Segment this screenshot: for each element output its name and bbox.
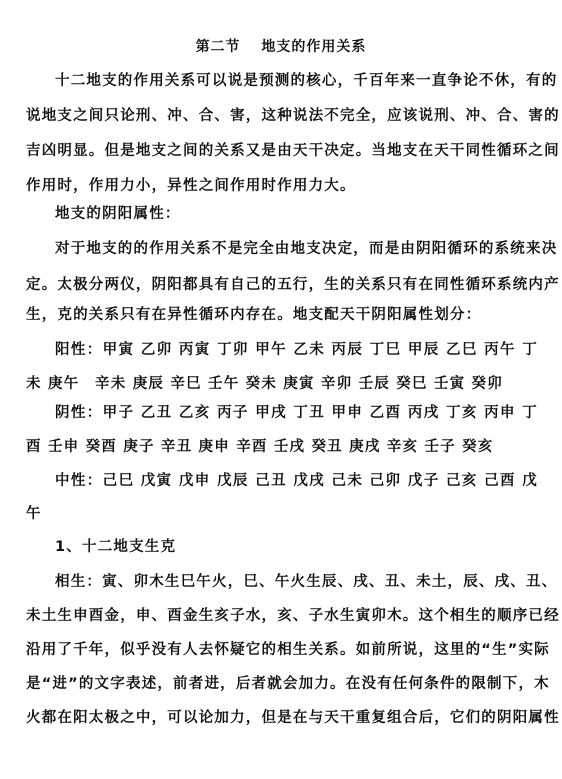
paragraph-line: 对于地支的的作用关系不是完全由地支决定，而是由阴阳循环的系统来决 (55, 240, 538, 258)
yin-list-line: 酉 壬申 癸酉 庚子 辛丑 庚申 辛酉 壬戌 癸丑 庚戌 辛亥 壬子 癸亥 (26, 438, 538, 456)
paragraph-line: 定。太极分两仪，阴阳都具有自己的五行，生的关系只有在同性循环系统内产 (26, 276, 538, 294)
paragraph-line: 说地支之间只论刑、冲、合、害，这种说法不完全，应该说刑、冲、合、害的 (26, 107, 538, 125)
paragraph-line: 作用时，作用力小，异性之间作用时作用力大。 (26, 177, 538, 195)
paragraph-line: 火都在阳太极之中，可以论加力，但是在与天干重复组合后，它们的阴阳属性 (26, 709, 538, 727)
paragraph-line: 生，克的关系只有在异性循环内存在。地支配天干阴阳属性划分： (26, 306, 538, 324)
neutral-list-line: 中性：己巳 戊寅 戊申 戊辰 己丑 戊戌 己未 己卯 戊子 己亥 己酉 戊 (55, 472, 538, 490)
subheading: 地支的阴阳属性： (55, 205, 538, 223)
yang-list-line: 未 庚午 辛未 庚辰 辛巳 壬午 癸未 庚寅 辛卯 壬辰 癸巳 壬寅 癸卯 (26, 375, 538, 393)
neutral-list-line: 午 (26, 505, 538, 523)
yin-list-line: 阴性：甲子 乙丑 乙亥 丙子 甲戌 丁丑 甲申 乙酉 丙戌 丁亥 丙申 丁 (55, 404, 538, 422)
section-title: 第二节 地支的作用关系 (0, 36, 562, 56)
paragraph-line: 沿用了千年，似乎没有人去怀疑它的相生关系。如前所说，这里的“生”实际 (26, 641, 538, 659)
paragraph-line: 吉凶明显。但是地支之间的关系又是由天干决定。当地支在天干同性循环之间 (26, 142, 538, 160)
document-page: 第二节 地支的作用关系 十二地支的作用关系可以说是预测的核心，千百年来一直争论不… (0, 0, 562, 779)
paragraph-line: 十二地支的作用关系可以说是预测的核心，千百年来一直争论不休，有的 (55, 72, 538, 90)
paragraph-line: 是“进”的文字表述，前者进，后者就会加力。在没有任何条件的限制下，木 (26, 675, 538, 693)
paragraph-line: 未土生申酉金，申、酉金生亥子水，亥、子水生寅卯木。这个相生的顺序已经 (26, 607, 538, 625)
paragraph-line: 相生：寅、卯木生巳午火，巳、午火生辰、戌、丑、未土，辰、戌、丑、 (55, 573, 538, 591)
yang-list-line: 阳性：甲寅 乙卯 丙寅 丁卯 甲午 乙未 丙辰 丁巳 甲辰 乙巳 丙午 丁 (55, 341, 538, 359)
numbered-heading: 1、十二地支生克 (55, 538, 538, 556)
